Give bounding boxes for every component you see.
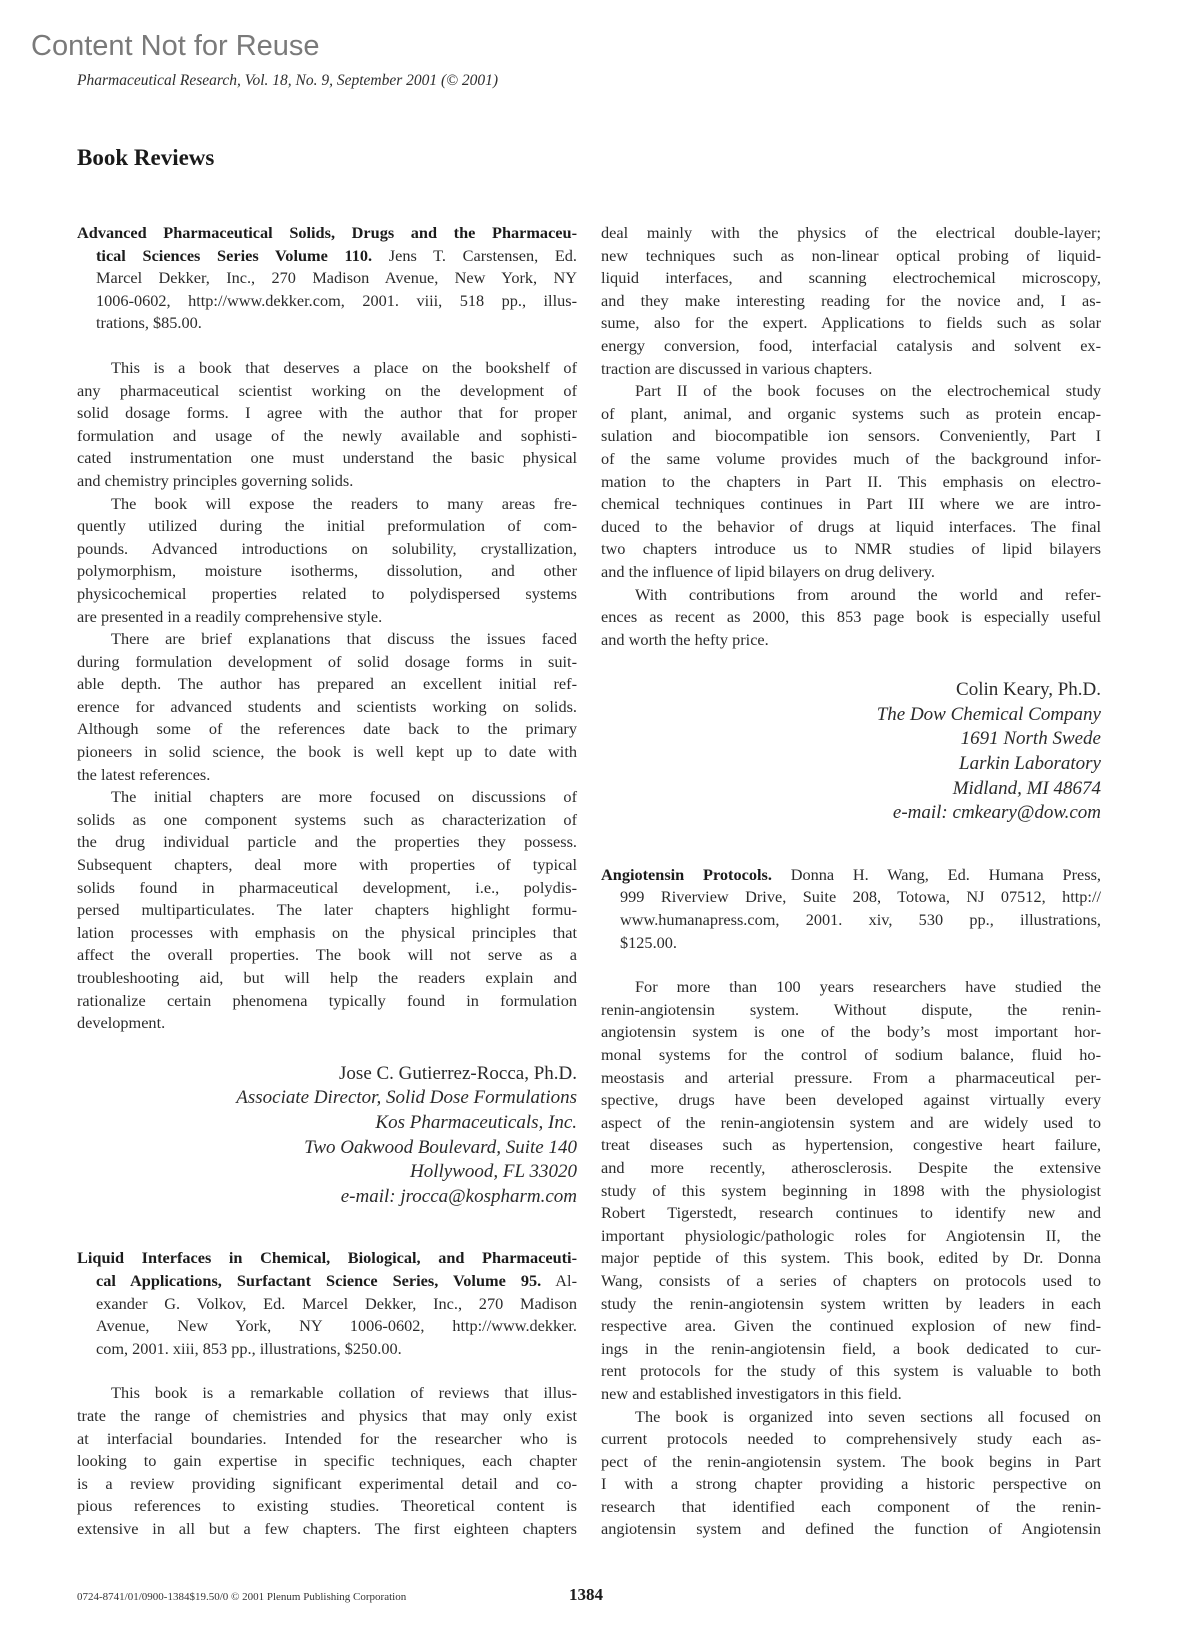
reviewer-name: Jose C. Gutierrez-Rocca, Ph.D. (77, 1062, 577, 1087)
body-line: spective, drugs have been developed agai… (601, 1089, 1101, 1112)
body-line: polymorphism, moisture isotherms, dissol… (77, 560, 577, 583)
watermark: Content Not for Reuse (31, 30, 320, 63)
body-line: study the renin-angiotensin system writt… (601, 1293, 1101, 1316)
body-line: aspect of the renin-angiotensin system a… (601, 1112, 1101, 1135)
body-line: troubleshooting aid, but will help the r… (77, 967, 577, 990)
review-1-signature: Jose C. Gutierrez-Rocca, Ph.D. Associate… (77, 1062, 577, 1210)
body-line: Although some of the references date bac… (77, 718, 577, 741)
citation-line: Liquid Interfaces in Chemical, Biologica… (77, 1247, 577, 1270)
body-line: able depth. The author has prepared an e… (77, 673, 577, 696)
body-line: pect of the renin-angiotensin system. Th… (601, 1451, 1101, 1474)
body-line: of the same volume provides much of the … (601, 448, 1101, 471)
body-line: cated instrumentation one must understan… (77, 447, 577, 470)
citation-line: com, 2001. xiii, 853 pp., illustrations,… (77, 1338, 577, 1361)
body-line: important physiologic/pathologic roles f… (601, 1225, 1101, 1248)
review-3-body: For more than 100 years researchers have… (601, 976, 1101, 1541)
body-line: development. (77, 1012, 577, 1035)
body-line: persed multiparticulates. The later chap… (77, 899, 577, 922)
body-line: any pharmaceutical scientist working on … (77, 380, 577, 403)
body-line: meostasis and arterial pressure. From a … (601, 1067, 1101, 1090)
citation-line: cal Applications, Surfactant Science Ser… (77, 1270, 577, 1293)
body-line: There are brief explanations that discus… (77, 628, 577, 651)
body-line: liquid interfaces, and scanning electroc… (601, 267, 1101, 290)
citation-line: www.humanapress.com, 2001. xiv, 530 pp.,… (601, 909, 1101, 932)
citation-line: 1006-0602, http://www.dekker.com, 2001. … (77, 290, 577, 313)
body-line: of plant, animal, and organic systems su… (601, 403, 1101, 426)
citation-line: Avenue, New York, NY 1006-0602, http://w… (77, 1315, 577, 1338)
body-line: solid dosage forms. I agree with the aut… (77, 402, 577, 425)
body-line: energy conversion, food, interfacial cat… (601, 335, 1101, 358)
body-line: research that identified each component … (601, 1496, 1101, 1519)
reviewer-email: e-mail: cmkeary@dow.com (601, 801, 1101, 826)
right-column: deal mainly with the physics of the elec… (601, 222, 1101, 1541)
body-line: deal mainly with the physics of the elec… (601, 222, 1101, 245)
footer-copyright: 0724-8741/01/0900-1384$19.50/0 © 2001 Pl… (77, 1591, 406, 1603)
body-line: the drug individual particle and the pro… (77, 831, 577, 854)
body-line: treat diseases such as hypertension, con… (601, 1134, 1101, 1157)
citation-line: tical Sciences Series Volume 110. Jens T… (77, 245, 577, 268)
body-line: and more recently, atherosclerosis. Desp… (601, 1157, 1101, 1180)
body-line: and worth the hefty price. (601, 629, 1101, 652)
body-line: chemical techniques continues in Part II… (601, 493, 1101, 516)
body-line: sume, also for the expert. Applications … (601, 312, 1101, 335)
review-1-body: This is a book that deserves a place on … (77, 357, 577, 1035)
body-line: With contributions from around the world… (601, 584, 1101, 607)
body-line: and chemistry principles governing solid… (77, 470, 577, 493)
citation-line: Advanced Pharmaceutical Solids, Drugs an… (77, 222, 577, 245)
body-line: physicochemical properties related to po… (77, 583, 577, 606)
body-line: Subsequent chapters, deal more with prop… (77, 854, 577, 877)
body-line: and they make interesting reading for th… (601, 290, 1101, 313)
reviewer-address: Larkin Laboratory (601, 752, 1101, 777)
review-3-citation: Angiotensin Protocols. Donna H. Wang, Ed… (601, 864, 1101, 954)
body-line: sulation and biocompatible ion sensors. … (601, 425, 1101, 448)
body-line: two chapters introduce us to NMR studies… (601, 538, 1101, 561)
section-title: Book Reviews (77, 145, 214, 171)
body-line: angiotensin system is one of the body’s … (601, 1021, 1101, 1044)
body-line: formulation and usage of the newly avail… (77, 425, 577, 448)
body-line: at interfacial boundaries. Intended for … (77, 1428, 577, 1451)
reviewer-organization: Kos Pharmaceuticals, Inc. (77, 1111, 577, 1136)
page-number: 1384 (569, 1585, 603, 1605)
body-line: respective area. Given the continued exp… (601, 1315, 1101, 1338)
body-line: Robert Tigerstedt, research continues to… (601, 1202, 1101, 1225)
body-line: and the influence of lipid bilayers on d… (601, 561, 1101, 584)
journal-header: Pharmaceutical Research, Vol. 18, No. 9,… (77, 72, 498, 90)
review-2-citation: Liquid Interfaces in Chemical, Biologica… (77, 1247, 577, 1360)
citation-line: $125.00. (601, 932, 1101, 955)
body-line: extensive in all but a few chapters. The… (77, 1518, 577, 1541)
body-line: renin-angiotensin system. Without disput… (601, 999, 1101, 1022)
body-line: Part II of the book focuses on the elect… (601, 380, 1101, 403)
body-line: major peptide of this system. This book,… (601, 1247, 1101, 1270)
body-line: The book is organized into seven section… (601, 1406, 1101, 1429)
body-line: monal systems for the control of sodium … (601, 1044, 1101, 1067)
body-line: The initial chapters are more focused on… (77, 786, 577, 809)
review-2-body-left: This book is a remarkable collation of r… (77, 1382, 577, 1540)
body-line: is a review providing significant experi… (77, 1473, 577, 1496)
reviewer-address: Midland, MI 48674 (601, 777, 1101, 802)
body-line: solids found in pharmaceutical developme… (77, 877, 577, 900)
reviewer-title: Associate Director, Solid Dose Formulati… (77, 1086, 577, 1111)
body-line: affect the overall properties. The book … (77, 944, 577, 967)
citation-line: 999 Riverview Drive, Suite 208, Totowa, … (601, 886, 1101, 909)
reviewer-address: Hollywood, FL 33020 (77, 1160, 577, 1185)
reviewer-address: Two Oakwood Boulevard, Suite 140 (77, 1136, 577, 1161)
body-line: rent protocols for the study of this sys… (601, 1360, 1101, 1383)
reviewer-email: e-mail: jrocca@kospharm.com (77, 1185, 577, 1210)
citation-line: Marcel Dekker, Inc., 270 Madison Avenue,… (77, 267, 577, 290)
body-line: are presented in a readily comprehensive… (77, 606, 577, 629)
body-line: solids as one component systems such as … (77, 809, 577, 832)
body-line: rationalize certain phenomena typically … (77, 990, 577, 1013)
body-line: Wang, consists of a series of chapters o… (601, 1270, 1101, 1293)
body-line: pious references to existing studies. Th… (77, 1495, 577, 1518)
citation-line: exander G. Volkov, Ed. Marcel Dekker, In… (77, 1293, 577, 1316)
body-line: trate the range of chemistries and physi… (77, 1405, 577, 1428)
reviewer-address: 1691 North Swede (601, 727, 1101, 752)
body-line: This is a book that deserves a place on … (77, 357, 577, 380)
reviewer-name: Colin Keary, Ph.D. (601, 678, 1101, 703)
body-line: quently utilized during the initial pref… (77, 515, 577, 538)
body-line: pioneers in solid science, the book is w… (77, 741, 577, 764)
body-line: erence for advanced students and scienti… (77, 696, 577, 719)
citation-line: Angiotensin Protocols. Donna H. Wang, Ed… (601, 864, 1101, 887)
body-line: current protocols needed to comprehensiv… (601, 1428, 1101, 1451)
body-line: new and established investigators in thi… (601, 1383, 1101, 1406)
body-line: mation to the chapters in Part II. This … (601, 471, 1101, 494)
review-2-body-right: deal mainly with the physics of the elec… (601, 222, 1101, 651)
body-line: during formulation development of solid … (77, 651, 577, 674)
review-2-signature: Colin Keary, Ph.D. The Dow Chemical Comp… (601, 678, 1101, 826)
reviewer-organization: The Dow Chemical Company (601, 703, 1101, 728)
body-line: ences as recent as 2000, this 853 page b… (601, 606, 1101, 629)
body-line: duced to the behavior of drugs at liquid… (601, 516, 1101, 539)
body-line: I with a strong chapter providing a hist… (601, 1473, 1101, 1496)
left-column: Advanced Pharmaceutical Solids, Drugs an… (77, 222, 577, 1540)
body-line: traction are discussed in various chapte… (601, 358, 1101, 381)
body-line: angiotensin system and defined the funct… (601, 1518, 1101, 1541)
body-line: looking to gain expertise in specific te… (77, 1450, 577, 1473)
body-line: pounds. Advanced introductions on solubi… (77, 538, 577, 561)
body-line: This book is a remarkable collation of r… (77, 1382, 577, 1405)
citation-line: trations, $85.00. (77, 312, 577, 335)
body-line: new techniques such as non-linear optica… (601, 245, 1101, 268)
body-line: lation processes with emphasis on the ph… (77, 922, 577, 945)
body-line: study of this system beginning in 1898 w… (601, 1180, 1101, 1203)
review-1-citation: Advanced Pharmaceutical Solids, Drugs an… (77, 222, 577, 335)
body-line: The book will expose the readers to many… (77, 493, 577, 516)
body-line: the latest references. (77, 764, 577, 787)
body-line: ings in the renin-angiotensin field, a b… (601, 1338, 1101, 1361)
body-line: For more than 100 years researchers have… (601, 976, 1101, 999)
